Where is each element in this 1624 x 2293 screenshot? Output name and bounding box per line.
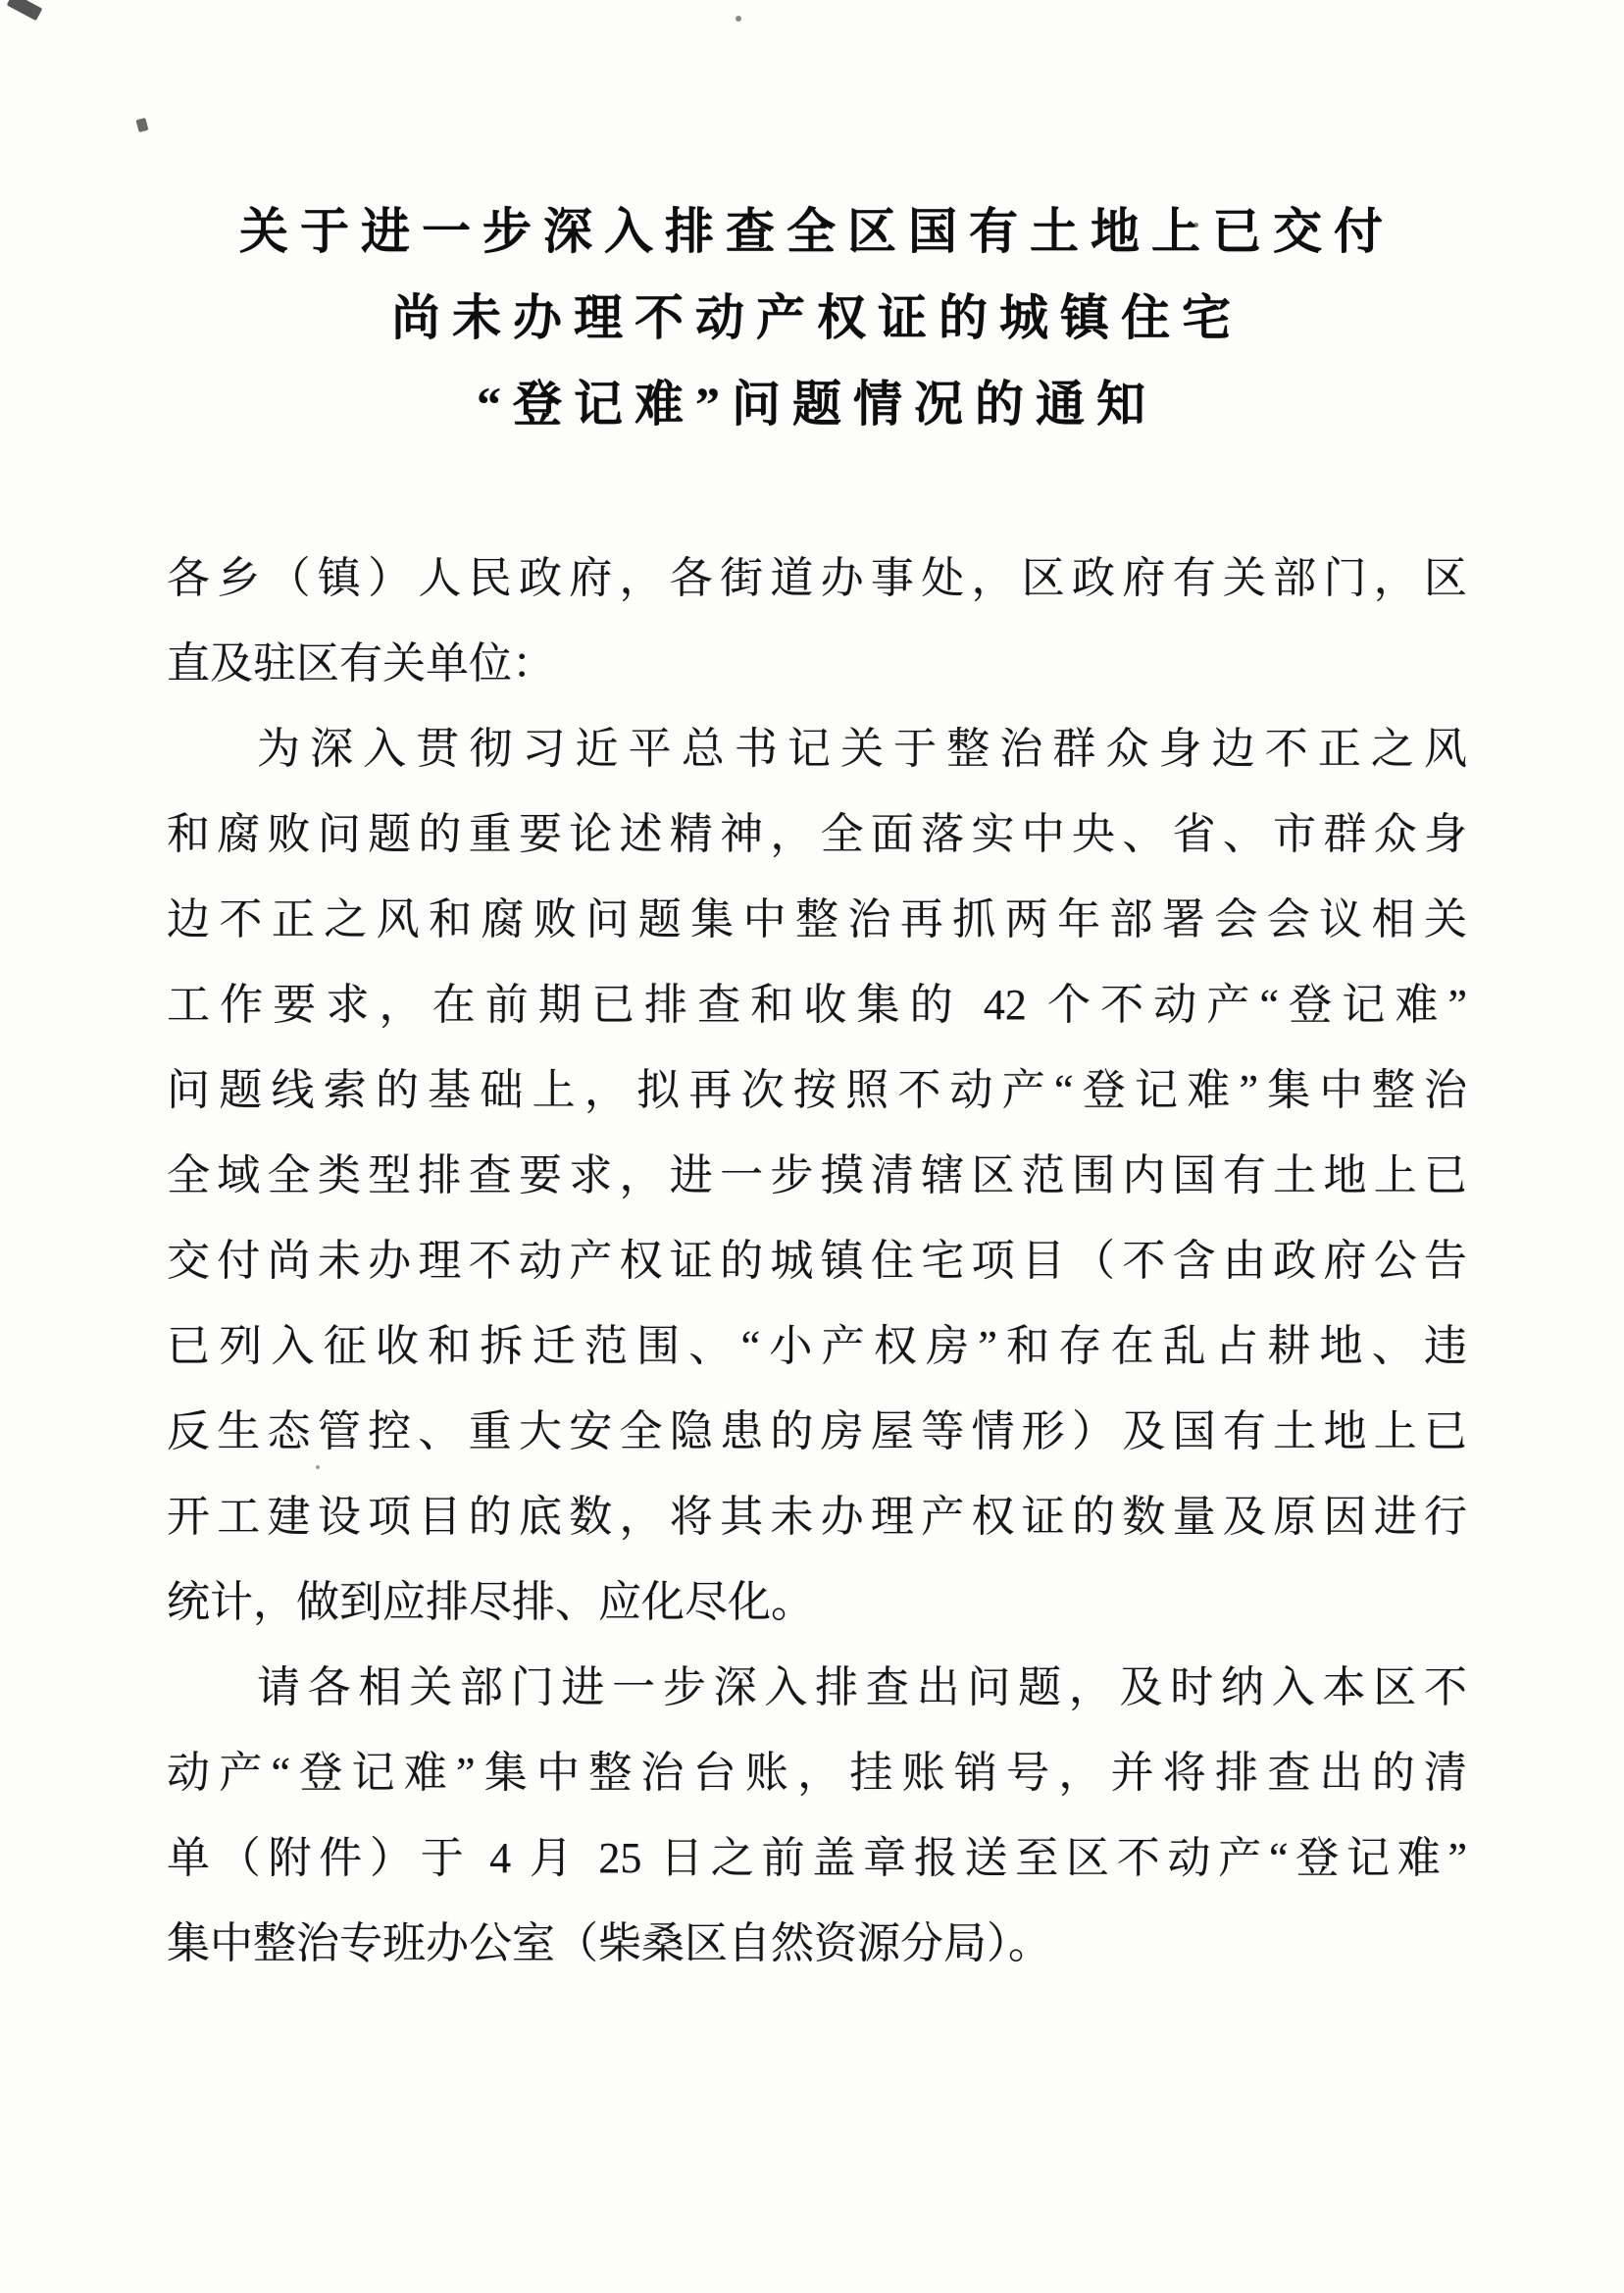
- paragraph-line: 交付尚未办理不动产权证的城镇住宅项目（不含由政府公告: [167, 1218, 1467, 1303]
- paragraph-line: 全域全类型排查要求，进一步摸清辖区范围内国有土地上已: [167, 1133, 1467, 1218]
- scanned-notice-page: 关于进一步深入排查全区国有土地上已交付 尚未办理不动产权证的城镇住宅 “登记难”…: [0, 0, 1624, 2293]
- paragraph-line: 问题线索的基础上，拟再次按照不动产“登记难”集中整治: [167, 1047, 1467, 1133]
- paragraph-line: 工作要求，在前期已排查和收集的 42 个不动产“登记难”: [167, 962, 1467, 1047]
- paragraph-line: 请各相关部门进一步深入排查出问题，及时纳入本区不: [167, 1645, 1467, 1730]
- title-line-1: 关于进一步深入排查全区国有土地上已交付: [167, 188, 1467, 275]
- scan-artifact: [135, 118, 148, 132]
- paragraph-line: 集中整治专班办公室（柴桑区自然资源分局）。: [167, 1901, 1467, 1986]
- document-content: 关于进一步深入排查全区国有土地上已交付 尚未办理不动产权证的城镇住宅 “登记难”…: [167, 188, 1467, 1986]
- document-body: 各乡（镇）人民政府，各街道办事处，区政府有关部门，区 直及驻区有关单位： 为深入…: [167, 535, 1467, 1986]
- title-line-2: 尚未办理不动产权证的城镇住宅: [167, 275, 1467, 361]
- scan-artifact: [7, 0, 43, 21]
- paragraph-line: 反生态管控、重大安全隐患的房屋等情形）及国有土地上已: [167, 1389, 1467, 1474]
- paragraph-line: 动产“登记难”集中整治台账，挂账销号，并将排查出的清: [167, 1730, 1467, 1815]
- scan-artifact: [736, 16, 741, 22]
- paragraph-line: 和腐败问题的重要论述精神，全面落实中央、省、市群众身: [167, 791, 1467, 877]
- paragraph-line: 为深入贯彻习近平总书记关于整治群众身边不正之风: [167, 706, 1467, 791]
- paragraph-line: 已列入征收和拆迁范围、“小产权房”和存在乱占耕地、违: [167, 1303, 1467, 1389]
- document-title: 关于进一步深入排查全区国有土地上已交付 尚未办理不动产权证的城镇住宅 “登记难”…: [167, 188, 1467, 447]
- paragraph-line: 开工建设项目的底数，将其未办理产权证的数量及原因进行: [167, 1474, 1467, 1559]
- paragraph-line: 单（附件）于 4 月 25 日之前盖章报送至区不动产“登记难”: [167, 1815, 1467, 1901]
- title-line-3: “登记难”问题情况的通知: [167, 361, 1467, 447]
- salutation-line: 各乡（镇）人民政府，各街道办事处，区政府有关部门，区: [167, 535, 1467, 621]
- paragraph-line: 边不正之风和腐败问题集中整治再抓两年部署会会议相关: [167, 877, 1467, 962]
- salutation-line: 直及驻区有关单位：: [167, 621, 1467, 706]
- paragraph-line: 统计，做到应排尽排、应化尽化。: [167, 1559, 1467, 1645]
